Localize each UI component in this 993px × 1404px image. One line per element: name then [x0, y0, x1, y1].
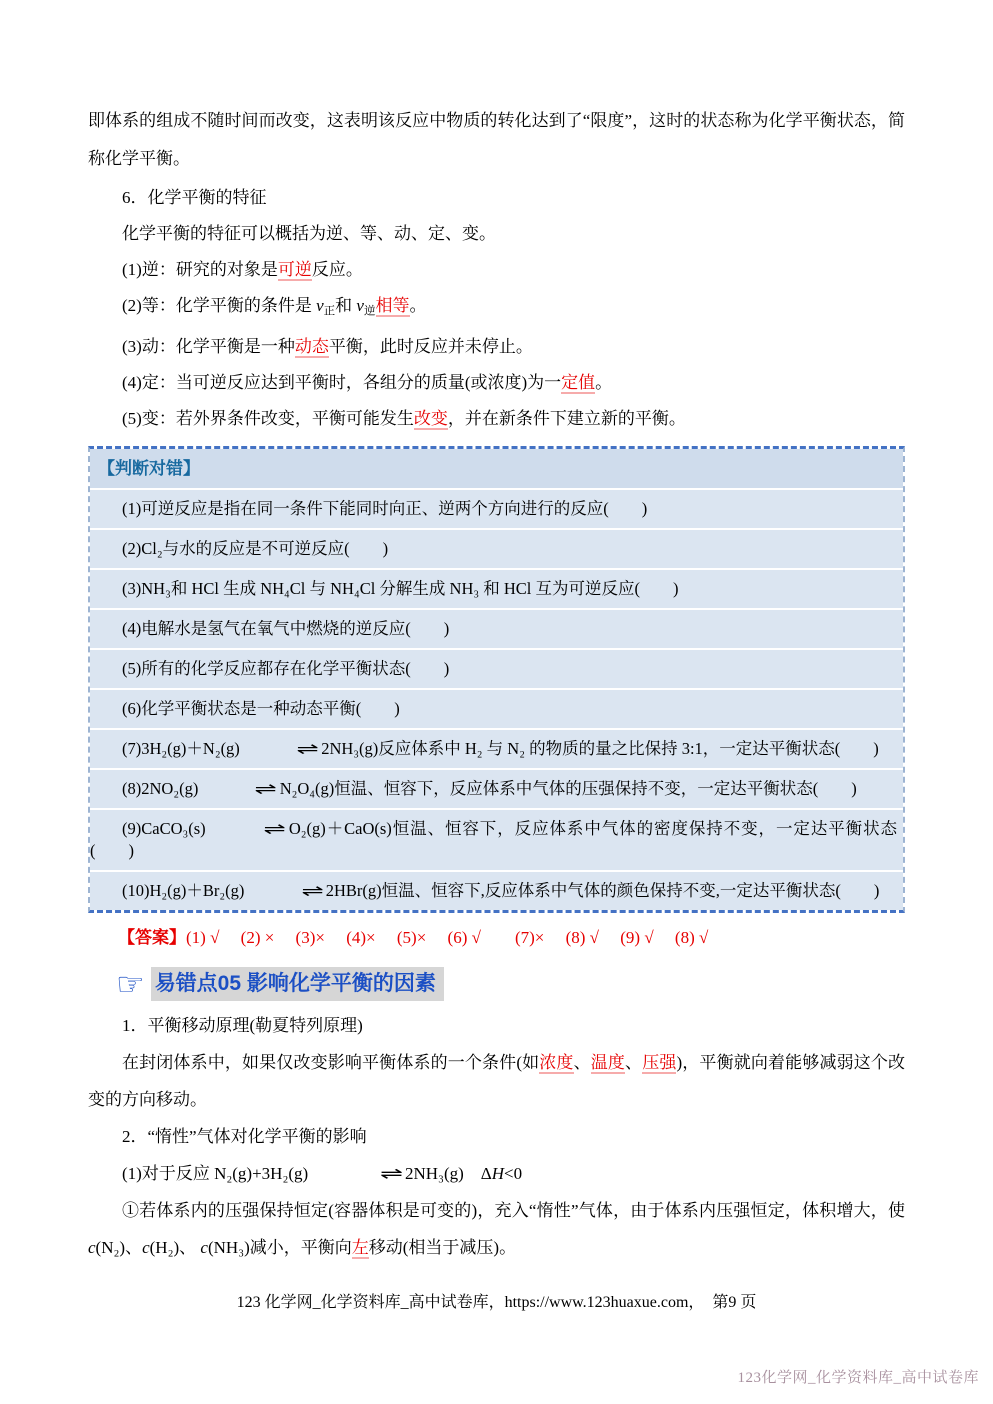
pointing-hand-icon: ☞: [116, 969, 145, 999]
feature-item-5: (5)变：若外界条件改变，平衡可能发生改变，并在新条件下建立新的平衡。: [88, 401, 905, 437]
principle-paragraph: 在封闭体系中，如果仅改变影响平衡体系的一个条件(如浓度、温度、压强)，平衡就向着…: [88, 1044, 905, 1118]
heading-6-features: 6．化学平衡的特征: [88, 180, 905, 216]
paragraph-features-summary: 化学平衡的特征可以概括为逆、等、动、定、变。: [88, 216, 905, 252]
judge-true-false-box: 【判断对错】 (1)可逆反应是指在同一条件下能同时向正、逆两个方向进行的反应( …: [88, 446, 905, 913]
judge-row: (7)3H₂(g)＋N₂(g) ⇌ 2NH₃(g)反应体系中 H₂ 与 N₂ 的…: [90, 728, 903, 768]
section-05: ☞ 易错点05 影响化学平衡的因素 1．平衡移动原理(勒夏特列原理) 在封闭体系…: [88, 967, 905, 1266]
judge-row: (10)H₂(g)＋Br₂(g) ⇌ 2HBr(g)恒温、恒容下,反应体系中气体…: [90, 870, 903, 910]
feature-item-1: (1)逆：研究的对象是可逆反应。: [88, 252, 905, 288]
judge-row: (1)可逆反应是指在同一条件下能同时向正、逆两个方向进行的反应( ): [90, 488, 903, 528]
judge-row: (8)2NO₂(g) ⇌ N₂O₄(g)恒温、恒容下，反应体系中气体的压强保持不…: [90, 768, 903, 808]
section-05-header: ☞ 易错点05 影响化学平衡的因素: [116, 967, 905, 1001]
judge-row: (5)所有的化学反应都存在化学平衡状态( ): [90, 648, 903, 688]
judge-row: (2)Cl₂与水的反应是不可逆反应( ): [90, 528, 903, 568]
judge-row: (4)电解水是氢气在氧气中燃烧的逆反应( ): [90, 608, 903, 648]
feature-item-2: (2)等：化学平衡的条件是 v正和 v逆相等。: [88, 288, 905, 329]
judge-row: (6)化学平衡状态是一种动态平衡( ): [90, 688, 903, 728]
reaction-equation-line: (1)对于反应 N₂(g)+3H₂(g) ⇌ 2NH₃(g) ΔH<0: [88, 1155, 905, 1192]
inert-gas-heading: 2．“惰性”气体对化学平衡的影响: [88, 1118, 905, 1155]
document-content: 即体系的组成不随时间而改变，这表明该反应中物质的转化达到了“限度”，这时的状态称…: [88, 102, 905, 1266]
document-page: 即体系的组成不随时间而改变，这表明该反应中物质的转化达到了“限度”，这时的状态称…: [0, 0, 993, 1404]
judge-box-header: 【判断对错】: [90, 449, 903, 488]
watermark-text: 123化学网_化学资料库_高中试卷库: [737, 1366, 979, 1387]
feature-item-3: (3)动：化学平衡是一种动态平衡，此时反应并未停止。: [88, 329, 905, 365]
paragraph-equilibrium-intro: 即体系的组成不随时间而改变，这表明该反应中物质的转化达到了“限度”，这时的状态称…: [88, 102, 905, 178]
principle-heading: 1．平衡移动原理(勒夏特列原理): [88, 1007, 905, 1044]
feature-item-4: (4)定：当可逆反应达到平衡时，各组分的质量(或浓度)为一定值。: [88, 365, 905, 401]
answers-line: 【答案】(1) √ (2) × (3)× (4)× (5)× (6) √ (7)…: [118, 925, 905, 951]
judge-row: (9)CaCO₃(s) ⇌ O₂(g)＋CaO(s)恒温、恒容下，反应体系中气体…: [90, 808, 903, 870]
inert-gas-case-1: ①若体系内的压强保持恒定(容器体积是可变的)，充入“惰性”气体，由于体系内压强恒…: [88, 1192, 905, 1266]
judge-box-rows: (1)可逆反应是指在同一条件下能同时向正、逆两个方向进行的反应( )(2)Cl₂…: [90, 488, 903, 910]
section-05-title: 易错点05 影响化学平衡的因素: [151, 967, 444, 1001]
page-footer: 123 化学网_化学资料库_高中试卷库，https://www.123huaxu…: [0, 1289, 993, 1312]
judge-row: (3)NH₃和 HCl 生成 NH₄Cl 与 NH₄Cl 分解生成 NH₃ 和 …: [90, 568, 903, 608]
